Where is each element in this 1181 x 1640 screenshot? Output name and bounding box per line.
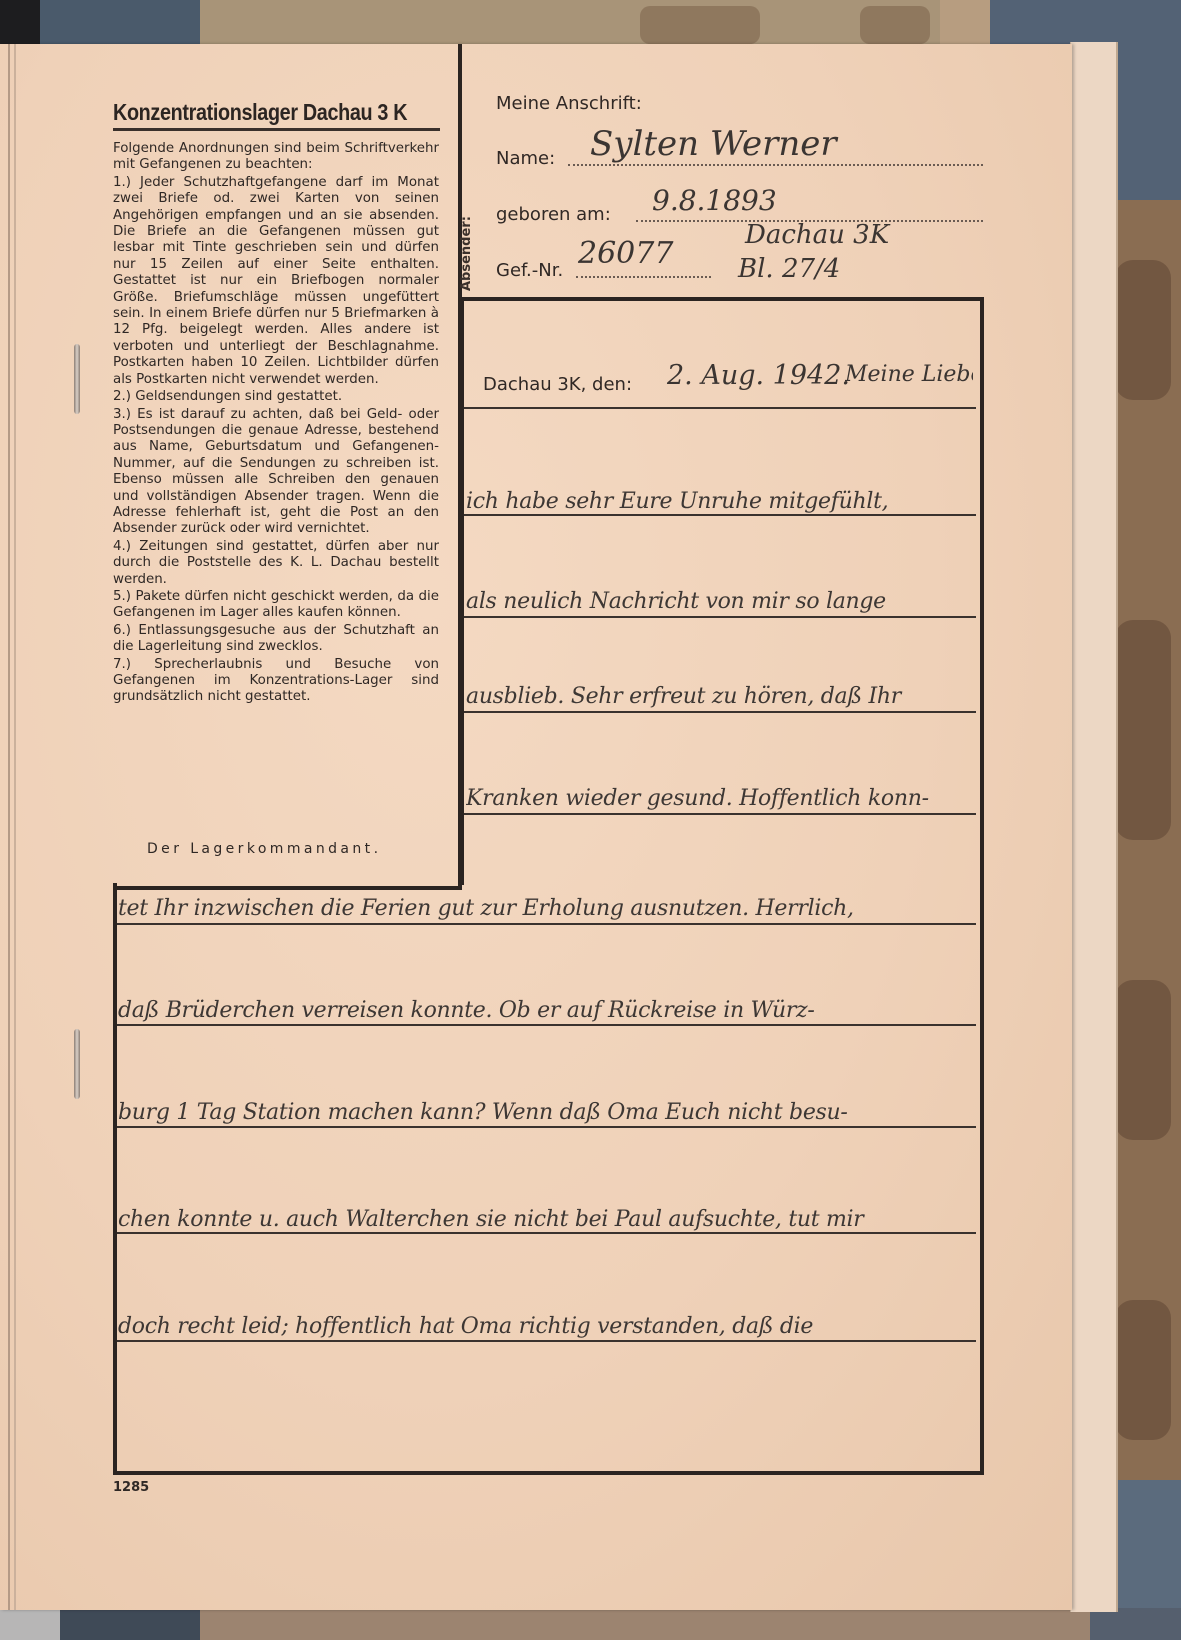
address-heading: Meine Anschrift: <box>496 93 642 114</box>
book-cover-right <box>1111 0 1181 1640</box>
name-label: Name: <box>496 148 555 169</box>
birth-label: geboren am: <box>496 204 611 225</box>
prisoner-number-value: 26077 <box>578 236 673 271</box>
binding-line <box>8 44 10 1610</box>
letter-line: ich habe sehr Eure Unruhe mitgefühlt, <box>466 489 974 514</box>
regulation-item: 1.) Jeder Schutzhaftgefangene darf im Mo… <box>113 175 439 388</box>
staple <box>74 1029 80 1099</box>
writing-line <box>464 407 976 409</box>
number-dotted-line <box>576 276 711 278</box>
binding-line <box>14 44 16 1610</box>
location-value: Dachau 3K <box>745 220 889 250</box>
regulations-box: Konzentrationslager Dachau 3 K Folgende … <box>113 44 462 890</box>
sender-side-label: Absender: <box>459 204 479 304</box>
birth-value: 9.8.1893 <box>652 184 777 217</box>
regulation-item: 4.) Zeitungen sind gestattet, dürfen abe… <box>113 539 439 588</box>
prisoner-number-label: Gef.-Nr. <box>496 260 563 281</box>
staple <box>74 344 80 414</box>
regulation-item: 3.) Es ist darauf zu achten, daß bei Gel… <box>113 407 439 538</box>
commandant-signature: Der Lagerkommandant. <box>147 841 381 857</box>
letter-line: als neulich Nachricht von mir so lange <box>466 589 974 614</box>
regulations-intro: Folgende Anordnungen sind beim Schriftve… <box>113 141 439 174</box>
letter-line: chen konnte u. auch Walterchen sie nicht… <box>118 1207 974 1232</box>
stain <box>860 6 930 44</box>
book-cover-bottom <box>0 1608 1181 1640</box>
stain <box>1115 260 1171 400</box>
stain <box>1115 620 1171 840</box>
letter-sheet: Konzentrationslager Dachau 3 K Folgende … <box>0 44 1072 1610</box>
regulations-text: Folgende Anordnungen sind beim Schriftve… <box>113 141 439 707</box>
writing-line <box>464 514 976 516</box>
form-title: Konzentrationslager Dachau 3 K <box>113 99 397 126</box>
regulation-item: 2.) Geldsendungen sind gestattet. <box>113 389 439 405</box>
block-value: Bl. 27/4 <box>738 254 840 284</box>
writing-line <box>117 1340 976 1342</box>
name-value: Sylten Werner <box>590 124 837 164</box>
regulation-item: 6.) Entlassungsgesuche aus der Schutzhaf… <box>113 623 439 656</box>
writing-line <box>464 616 976 618</box>
writing-line <box>117 923 976 925</box>
letter-line: burg 1 Tag Station machen kann? Wenn daß… <box>118 1100 974 1125</box>
stain <box>1115 1300 1171 1440</box>
writing-line <box>464 813 976 815</box>
stain <box>1115 980 1171 1140</box>
letter-line: tet Ihr inzwischen die Ferien gut zur Er… <box>118 896 974 921</box>
salutation: Meine Lieben, <box>845 362 973 387</box>
stain <box>640 6 760 44</box>
regulation-item: 5.) Pakete dürfen nicht geschickt werden… <box>113 589 439 622</box>
letter-line: Kranken wieder gesund. Hoffentlich konn- <box>466 786 974 811</box>
writing-line <box>464 711 976 713</box>
letter-line: ausblieb. Sehr erfreut zu hören, daß Ihr <box>466 684 974 709</box>
letter-line: daß Brüderchen verreisen konnte. Ob er a… <box>118 998 974 1023</box>
regulation-item: 7.) Sprecherlaubnis und Besuche von Gefa… <box>113 657 439 706</box>
page-edge-behind <box>1070 42 1118 1612</box>
date-value: 2. Aug. 1942. <box>667 360 850 391</box>
title-underline <box>113 128 440 131</box>
writing-line <box>117 1232 976 1234</box>
name-dotted-line <box>568 164 983 166</box>
letter-line: doch recht leid; hoffentlich hat Oma ric… <box>118 1314 974 1339</box>
place-date-label: Dachau 3K, den: <box>483 374 632 395</box>
writing-line <box>117 1126 976 1128</box>
form-number: 1285 <box>113 1480 149 1495</box>
letter-frame-lower <box>113 883 984 1475</box>
writing-line <box>117 1024 976 1026</box>
